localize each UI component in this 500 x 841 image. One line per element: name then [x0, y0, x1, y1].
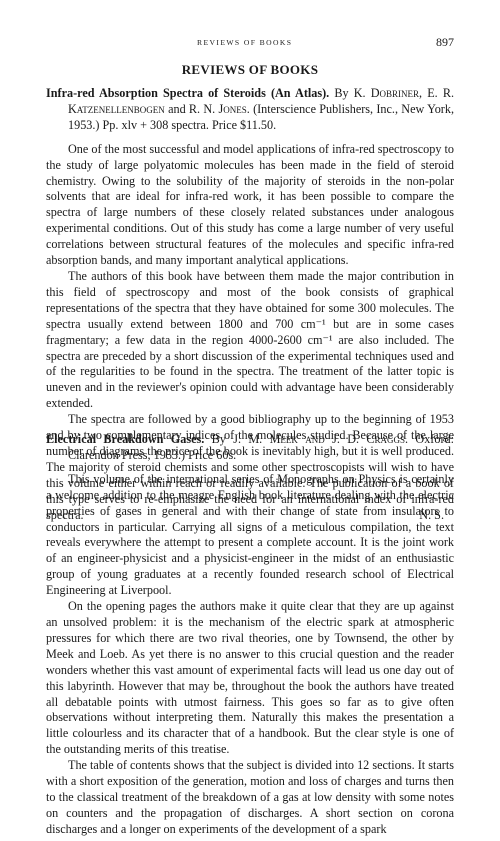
- review-citation: Infra-red Absorption Spectra of Steroids…: [46, 86, 454, 134]
- book-review-electrical-breakdown: Electrical Breakdown Gases. By J. M. Mee…: [46, 432, 454, 838]
- spacer: [46, 464, 454, 472]
- running-head: REVIEWS OF BOOKS 897: [0, 38, 500, 52]
- review-paragraph: The authors of this book have between th…: [46, 269, 454, 412]
- running-title: REVIEWS OF BOOKS: [197, 38, 292, 47]
- spacer: [46, 134, 454, 142]
- book-title: Infra-red Absorption Spectra of Steroids…: [46, 86, 329, 100]
- review-citation: Electrical Breakdown Gases. By J. M. Mee…: [46, 432, 454, 464]
- review-paragraph: The table of contents shows that the sub…: [46, 758, 454, 838]
- book-title: Electrical Breakdown Gases.: [46, 432, 204, 446]
- review-paragraph: One of the most successful and model app…: [46, 142, 454, 269]
- review-paragraph: This volume of the international series …: [46, 472, 454, 599]
- section-heading: REVIEWS OF BOOKS: [0, 62, 500, 78]
- citation-by: By K.: [334, 86, 365, 100]
- citation-separator: , E. R.: [419, 86, 454, 100]
- author-name: Dobriner: [371, 86, 419, 100]
- review-paragraph: On the opening pages the authors make it…: [46, 599, 454, 758]
- citation-by: By J. M.: [204, 432, 269, 446]
- author-names: Meek and J. D. Craggs: [270, 432, 405, 446]
- page-number: 897: [436, 35, 454, 50]
- author-name: Jones: [219, 102, 247, 116]
- author-name: Katzenellenbogen: [68, 102, 165, 116]
- citation-separator: and R. N.: [165, 102, 219, 116]
